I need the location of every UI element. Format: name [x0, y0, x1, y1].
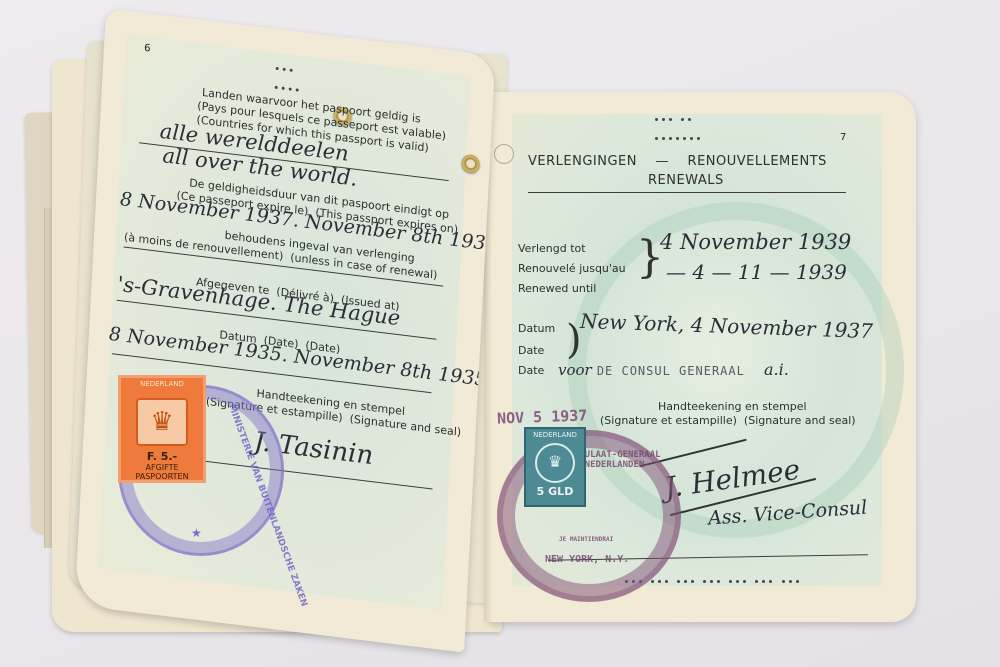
- renewed-label-fr: Renouvelé jusqu'au: [518, 262, 626, 275]
- date-label-en: Date: [518, 364, 544, 377]
- lion-emblem-icon: ♛: [136, 398, 188, 446]
- page-number: 7: [840, 132, 846, 143]
- eyelet-hole-icon: [494, 144, 514, 164]
- renewed-until-handwritten: 4 November 1939: [660, 230, 851, 254]
- signature-label-nl: Handteekening en stempel: [658, 400, 807, 413]
- passport-fee-stamp: NEDERLAND ♛ F. 5.- AFGIFTE PASPOORTEN: [118, 375, 206, 483]
- perforation-nl-mark: [653, 108, 753, 146]
- date-label-fr: Date: [518, 344, 544, 357]
- renewed-label-nl: Verlengd tot: [518, 242, 586, 255]
- page-number: 6: [144, 43, 151, 55]
- star-icon: ★: [191, 526, 202, 540]
- signature-label-fr-en: (Signature et estampille) (Signature and…: [600, 414, 856, 427]
- consul-line: voor DE CONSUL GENERAAL a.i.: [558, 360, 789, 379]
- consular-fee-stamp: NEDERLAND ♛ 5 GLD: [524, 427, 586, 507]
- consul-general-stamp: DE CONSUL GENERAAL: [597, 364, 745, 378]
- heading-renewals-en: RENEWALS: [648, 174, 724, 187]
- date-label-nl: Datum: [518, 322, 555, 335]
- date-stamp: NOV 5 1937: [497, 406, 588, 427]
- renewed-until-numeric-handwritten: — 4 — 11 — 1939: [666, 260, 847, 284]
- heading-renewals-nl: VERLENGINGEN — RENOUVELLEMENTS: [528, 155, 827, 168]
- lion-emblem-icon: ♛: [535, 443, 575, 483]
- renewed-label-en: Renewed until: [518, 282, 596, 295]
